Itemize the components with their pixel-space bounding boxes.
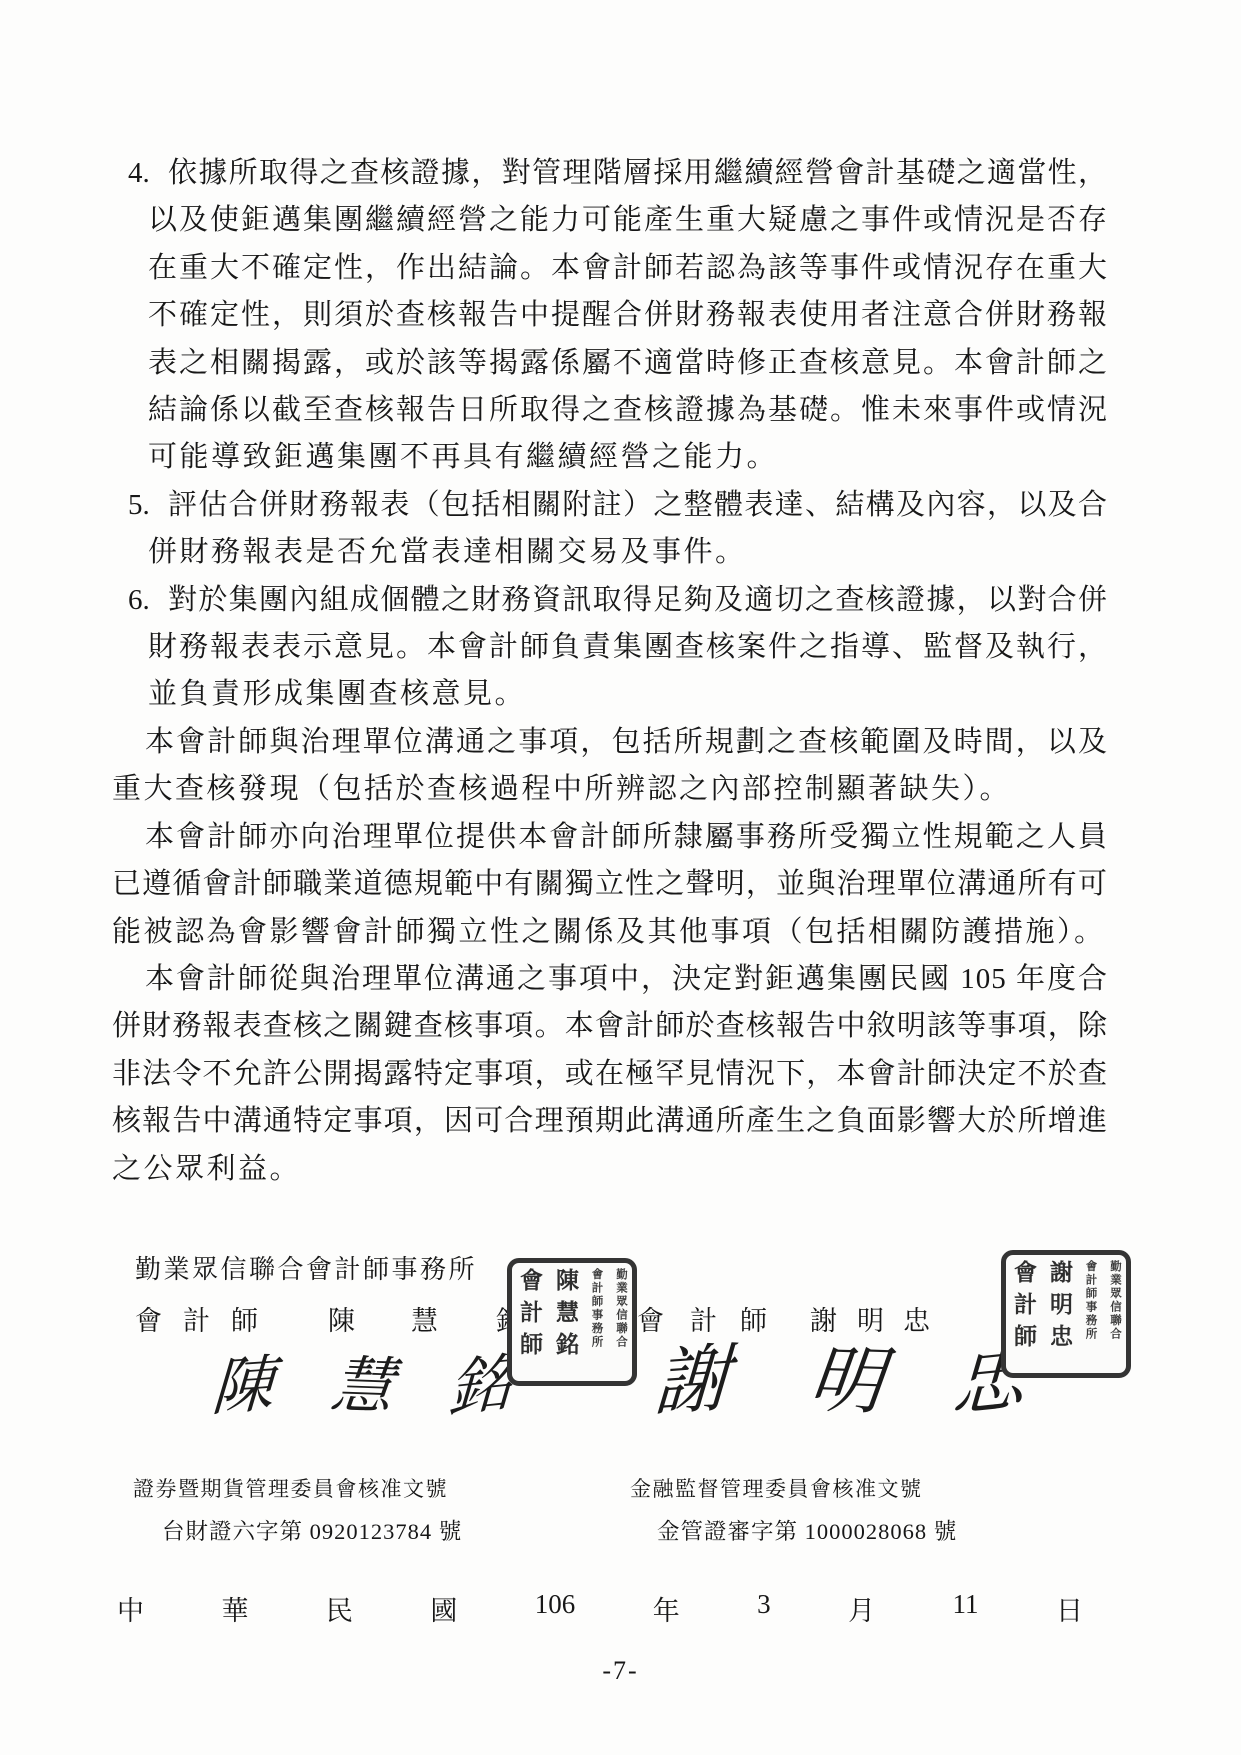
firm-name: 勤業眾信聯合會計師事務所: [135, 1249, 477, 1286]
cpa-role-char: 會: [135, 1299, 162, 1338]
seal-name-column: 謝明忠: [1048, 1260, 1071, 1368]
approval-left-title: 證券暨期貨管理委員會核准文號: [133, 1473, 462, 1503]
body-line: 不確定性，則須於查核報告中提醒合併財務報表使用者注意合併財務報: [112, 292, 1108, 339]
body-line: 結論係以截至查核報告日所取得之查核證據為基礎。惟未來事件或情況: [112, 387, 1108, 434]
list-item-number: 5.: [128, 482, 150, 529]
report-body: 4.依據所取得之查核證據，對管理階層採用繼續經營會計基礎之適當性， 以及使鉅邁集…: [112, 150, 1108, 1193]
body-line: 並負責形成集團查核意見。: [112, 671, 1108, 718]
seal-name-column: 陳慧銘: [554, 1268, 577, 1376]
cpa-seal-1: 會計師 陳慧銘 會計師事務所 勤業眾信聯合: [507, 1258, 637, 1386]
body-line: 本會計師從與治理單位溝通之事項中，決定對鉅邁集團民國 105 年度合: [112, 956, 1108, 1003]
cpa-name-char: 慧: [411, 1299, 438, 1338]
body-line: 之公眾利益。: [112, 1146, 1108, 1193]
approval-left: 證券暨期貨管理委員會核准文號 台財證六字第 0920123784 號: [133, 1473, 462, 1546]
cpa-role-char: 計: [183, 1299, 210, 1338]
body-line: 以及使鉅邁集團繼續經營之能力可能產生重大疑慮之事件或情況是否存: [112, 197, 1108, 244]
body-line: 核報告中溝通特定事項，因可合理預期此溝通所產生之負面影響大於所增進: [112, 1098, 1108, 1145]
approval-left-number: 台財證六字第 0920123784 號: [162, 1514, 462, 1546]
body-line: 5.評估合併財務報表（包括相關附註）之整體表達、結構及內容，以及合: [112, 482, 1108, 529]
cpa-role-char: 師: [231, 1299, 258, 1338]
handwritten-signature-1: 陳 慧 銘: [212, 1336, 511, 1425]
body-line: 在重大不確定性，作出結論。本會計師若認為該等事件或情況存在重大: [112, 245, 1108, 292]
seal-firm-column: 會計師事務所: [590, 1268, 602, 1376]
cpa-signer-1: 會 計 師 陳 慧 銘: [135, 1299, 523, 1338]
body-line: 已遵循會計師職業道德規範中有關獨立性之聲明，並與治理單位溝通所有可: [112, 861, 1108, 908]
list-item-number: 6.: [128, 577, 150, 624]
body-line: 本會計師與治理單位溝通之事項，包括所規劃之查核範圍及時間，以及: [112, 719, 1108, 766]
body-line: 非法令不允許公開揭露特定事項，或在極罕見情況下，本會計師決定不於查: [112, 1051, 1108, 1098]
body-line: 可能導致鉅邁集團不再具有繼續經營之能力。: [112, 434, 1108, 481]
roc-date: 中 華 民 國 106 年 3 月 11 日: [117, 1589, 1083, 1628]
seal-role-column: 會計師: [518, 1268, 541, 1376]
handwritten-signature-2: 謝 明 忠: [655, 1322, 1026, 1428]
cpa-seal-2: 會計師 謝明忠 會計師事務所 勤業眾信聯合: [1001, 1250, 1131, 1378]
seal-firm-column: 會計師事務所: [1084, 1260, 1096, 1368]
cpa-name-char: 陳: [328, 1299, 355, 1338]
seal-firm-column: 勤業眾信聯合: [615, 1268, 627, 1376]
seal-role-column: 會計師: [1012, 1260, 1035, 1368]
body-line: 併財務報表是否允當表達相關交易及事件。: [112, 529, 1108, 576]
seal-firm-column: 勤業眾信聯合: [1109, 1260, 1121, 1368]
body-line: 本會計師亦向治理單位提供本會計師所隸屬事務所受獨立性規範之人員: [112, 814, 1108, 861]
body-line: 併財務報表查核之關鍵查核事項。本會計師於查核報告中敘明該等事項，除: [112, 1003, 1108, 1050]
approval-right-number: 金管證審字第 1000028068 號: [657, 1514, 957, 1546]
body-line: 6.對於集團內組成個體之財務資訊取得足夠及適切之查核證據，以對合併: [112, 577, 1108, 624]
body-line: 表之相關揭露，或於該等揭露係屬不適當時修正查核意見。本會計師之: [112, 340, 1108, 387]
list-item-number: 4.: [128, 150, 150, 197]
body-line: 財務報表表示意見。本會計師負責集團查核案件之指導、監督及執行，: [112, 624, 1108, 671]
body-line: 能被認為會影響會計師獨立性之關係及其他事項（包括相關防護措施）。: [112, 909, 1108, 956]
audit-report-page: 4.依據所取得之查核證據，對管理階層採用繼續經營會計基礎之適當性， 以及使鉅邁集…: [0, 0, 1241, 1755]
body-line: 4.依據所取得之查核證據，對管理階層採用繼續經營會計基礎之適當性，: [112, 150, 1108, 197]
page-number: -7-: [0, 1656, 1241, 1686]
body-line: 重大查核發現（包括於查核過程中所辨認之內部控制顯著缺失）。: [112, 766, 1108, 813]
approval-right: 金融監督管理委員會核准文號 金管證審字第 1000028068 號: [630, 1473, 957, 1546]
approval-right-title: 金融監督管理委員會核准文號: [630, 1473, 957, 1503]
